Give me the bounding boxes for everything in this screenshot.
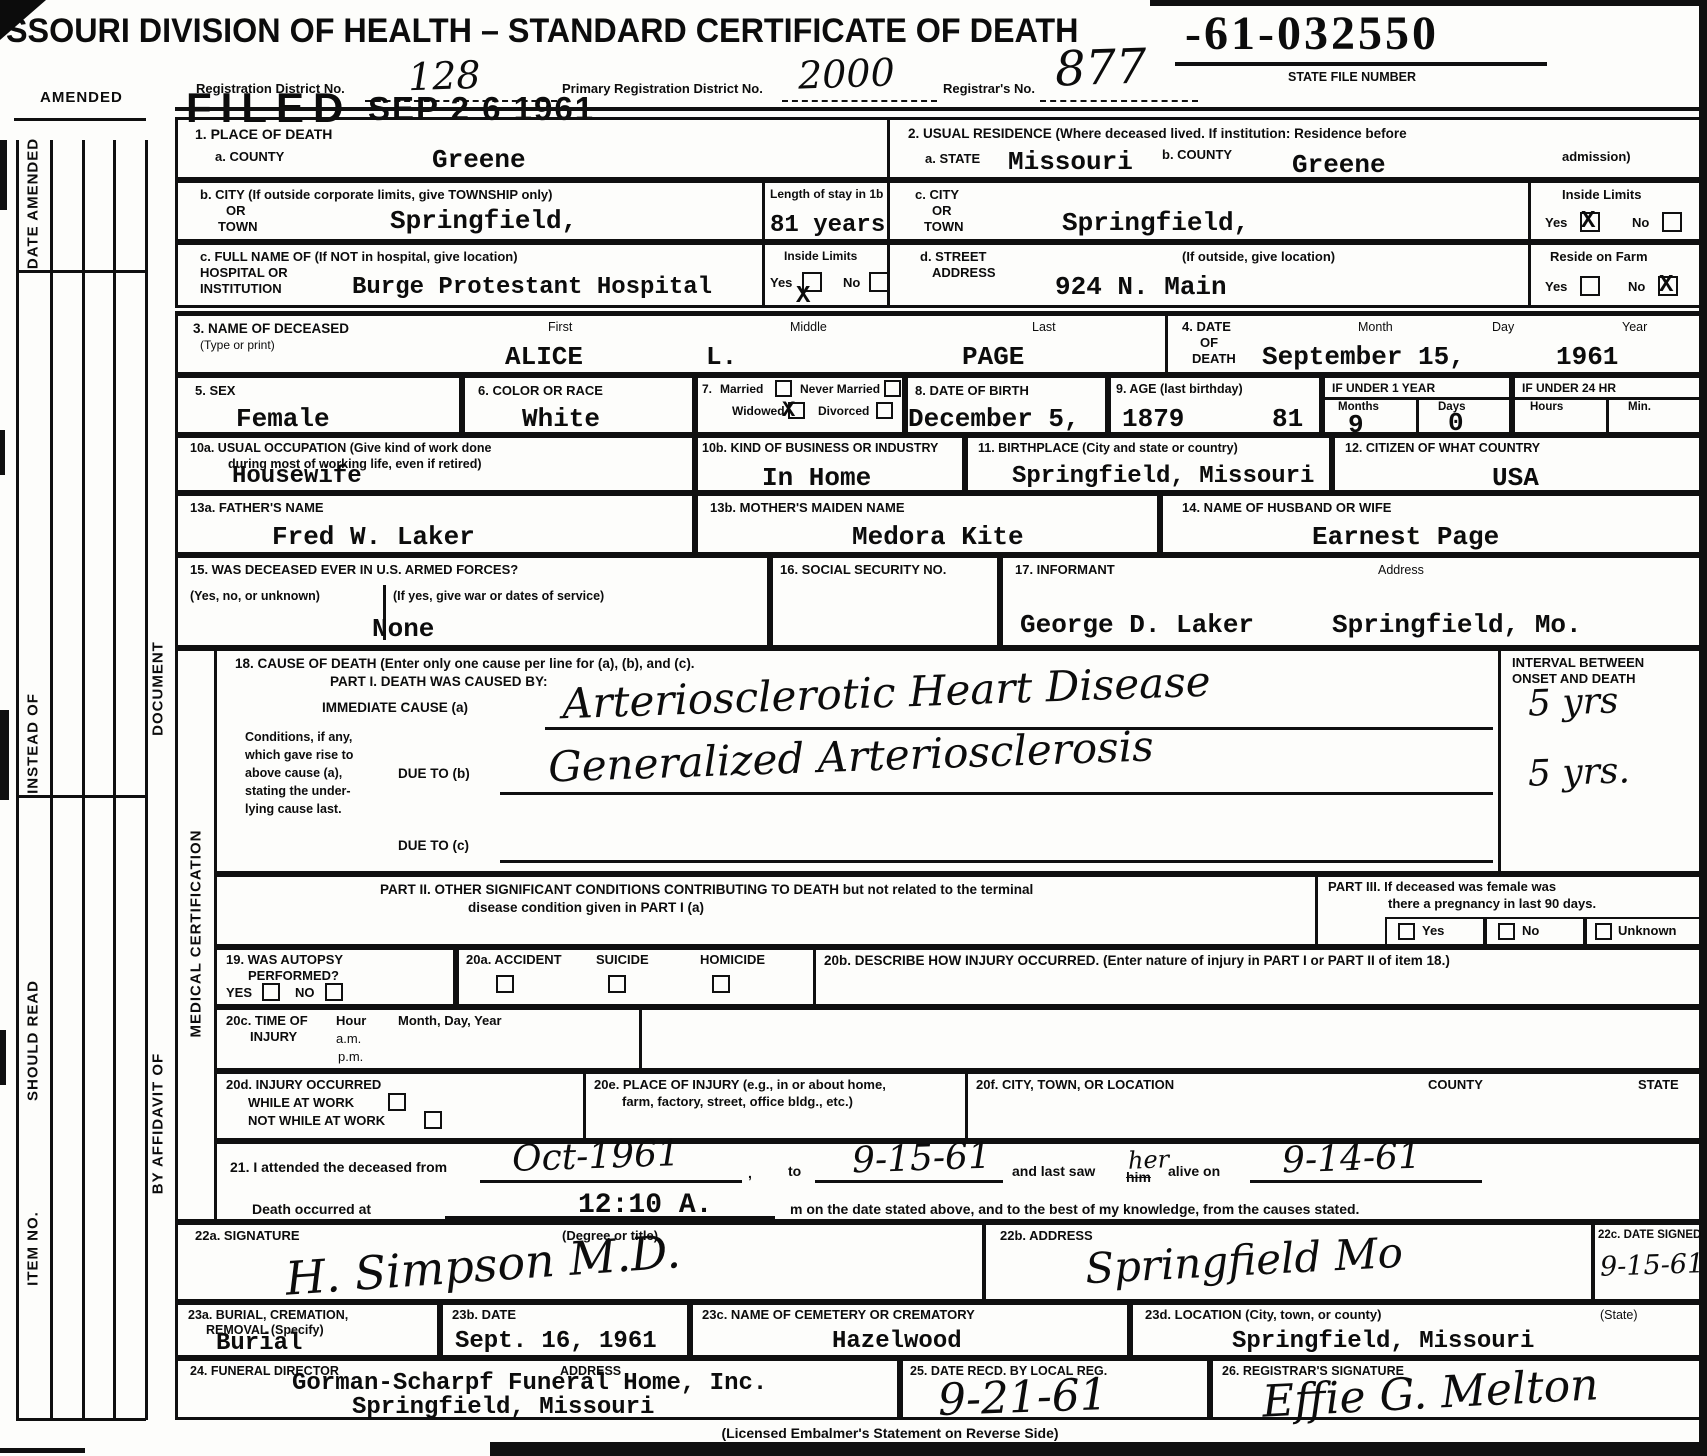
- scan-smudge: [0, 140, 7, 210]
- amended-label: AMENDED: [40, 90, 123, 107]
- residence-county-value: Greene: [1292, 150, 1386, 180]
- while-at-work-label: WHILE AT WORK: [248, 1096, 354, 1111]
- farm-yes-checkbox: [1580, 276, 1600, 296]
- rule: [145, 140, 148, 1420]
- scan-smudge: [0, 430, 5, 475]
- attended-comma: ,: [748, 1166, 752, 1182]
- marital-never-label: Never Married: [800, 383, 880, 396]
- rule: [1416, 397, 1419, 435]
- page-title: SSOURI DIVISION OF HEALTH – STANDARD CER…: [6, 12, 1079, 51]
- sidebar-date-amended-label: DATE AMENDED: [25, 104, 42, 304]
- attended-from-value: Oct-1961: [511, 1133, 680, 1180]
- attended-to-label: to: [788, 1164, 801, 1180]
- attended-to-value: 9-15-61: [851, 1136, 991, 1182]
- homicide-checkbox: [712, 975, 730, 993]
- registrar-no-label: Registrar's No.: [943, 82, 1035, 97]
- injury-pm-label: p.m.: [338, 1050, 363, 1065]
- autopsy-yes-label: YES: [226, 986, 252, 1001]
- usual-residence-title: 2. USUAL RESIDENCE (Where deceased lived…: [908, 126, 1407, 141]
- attended-mid: and last saw: [1012, 1164, 1095, 1180]
- father-value: Fred W. Laker: [272, 522, 475, 552]
- residence-or-label: OR: [932, 204, 952, 219]
- occupation-value: Housewife: [232, 463, 362, 490]
- cemetery-label: 23c. NAME OF CEMETERY OR CREMATORY: [702, 1308, 975, 1323]
- pregnancy-yes-label: Yes: [1422, 924, 1444, 939]
- inside-no-label: No: [843, 276, 860, 291]
- signature-address-label: 22b. ADDRESS: [1000, 1229, 1093, 1244]
- street-note: (If outside, give location): [1182, 250, 1335, 265]
- injury-loc-label: 20f. CITY, TOWN, OR LOCATION: [976, 1078, 1174, 1093]
- date-signed-label: 22c. DATE SIGNED: [1598, 1229, 1701, 1242]
- part3-line2: there a pregnancy in last 90 days.: [1388, 897, 1596, 912]
- due-to-b-label: DUE TO (b): [398, 766, 470, 781]
- rule: [445, 1216, 775, 1219]
- industry-value: In Home: [762, 463, 871, 493]
- pregnancy-yes-checkbox: [1398, 923, 1415, 940]
- under-24-hr-label: IF UNDER 24 HR: [1522, 382, 1616, 395]
- state-file-number: -61-032550: [1185, 6, 1439, 61]
- injury-time-blank-cell: [639, 1007, 1702, 1071]
- birthplace-value: Springfield, Missouri: [1012, 463, 1314, 490]
- widowed-mark: X: [782, 398, 795, 423]
- residence-state-label: a. STATE: [925, 152, 980, 167]
- rule: [1250, 1180, 1482, 1183]
- suicide-label: SUICIDE: [596, 953, 649, 968]
- stay-label: Length of stay in 1b: [770, 188, 883, 201]
- marital-married-label: Married: [720, 383, 763, 396]
- birth-year-value: 1879: [1122, 404, 1184, 434]
- farm-yes-label: Yes: [1545, 280, 1567, 295]
- scan-smudge: [0, 1448, 85, 1453]
- hospital-value: Burge Protestant Hospital: [352, 274, 712, 301]
- rule: [16, 140, 19, 1420]
- injury-hour-label: Hour: [336, 1014, 366, 1029]
- spouse-label: 14. NAME OF HUSBAND OR WIFE: [1182, 501, 1391, 516]
- burial-date-value: Sept. 16, 1961: [455, 1328, 657, 1355]
- attended-pre: 21. I attended the deceased from: [230, 1160, 447, 1176]
- marital-divorced-label: Divorced: [818, 405, 869, 418]
- conditions-note3: above cause (a),: [245, 766, 342, 780]
- informant-name-value: George D. Laker: [1020, 610, 1254, 640]
- attended-last-value: 9-14-61: [1281, 1136, 1421, 1182]
- sidebar-by-affidavit-label: BY AFFIDAVIT OF: [150, 1024, 167, 1224]
- middle-label: Middle: [790, 320, 827, 334]
- city-label: b. CITY (If outside corporate limits, gi…: [200, 188, 553, 203]
- spouse-value: Earnest Page: [1312, 522, 1499, 552]
- cause-title: 18. CAUSE OF DEATH (Enter only one cause…: [235, 656, 695, 671]
- interval-divider: [1498, 648, 1501, 874]
- residence-state-value: Missouri: [1008, 147, 1133, 177]
- burial-loc-label: 23d. LOCATION (City, town, or county): [1145, 1308, 1381, 1323]
- sidebar-should-read-label: SHOULD READ: [25, 941, 42, 1141]
- not-while-at-work-checkbox: [424, 1111, 442, 1129]
- interval-a-value: 5 yrs: [1527, 680, 1619, 724]
- first-label: First: [548, 320, 572, 334]
- autopsy-no-label: NO: [295, 986, 315, 1001]
- pregnancy-no-label: No: [1522, 924, 1539, 939]
- residence-inside-limits-label: Inside Limits: [1562, 188, 1641, 203]
- farm-no-mark: X: [1659, 272, 1673, 299]
- conditions-note2: which gave rise to: [245, 748, 353, 762]
- injury-am-label: a.m.: [336, 1032, 361, 1047]
- cause-b-line: [500, 792, 1493, 795]
- month-label: Month: [1358, 320, 1393, 334]
- days-value: 0: [1448, 408, 1464, 438]
- sidebar-instead-of-label: INSTEAD OF: [25, 644, 42, 844]
- hospital-label3: INSTITUTION: [200, 282, 282, 297]
- accident-label: 20a. ACCIDENT: [466, 953, 562, 968]
- immediate-cause-label: IMMEDIATE CAUSE (a): [322, 700, 468, 715]
- date-of-death-l1: 4. DATE: [1182, 320, 1231, 335]
- autopsy-label1: 19. WAS AUTOPSY: [226, 953, 343, 968]
- armed-forces-note2: (If yes, give war or dates of service): [393, 589, 604, 603]
- sidebar-document-label: DOCUMENT: [150, 589, 167, 789]
- rule: [50, 140, 53, 1420]
- cause-part1-label: PART I. DEATH WAS CAUSED BY:: [330, 674, 548, 689]
- hospital-label2: HOSPITAL OR: [200, 266, 288, 281]
- residence-inside-yes-mark: X: [1581, 208, 1595, 235]
- death-occurred-tail: m on the date stated above, and to the b…: [790, 1202, 1359, 1218]
- burial-loc-value: Springfield, Missouri: [1232, 1328, 1534, 1355]
- death-occurred-label: Death occurred at: [252, 1202, 371, 1218]
- first-name-value: ALICE: [505, 342, 583, 372]
- dashed-line: [1040, 100, 1198, 102]
- min-label: Min.: [1628, 401, 1651, 414]
- while-at-work-checkbox: [388, 1093, 406, 1111]
- funeral-line2: Springfield, Missouri: [352, 1394, 654, 1421]
- inside-yes-mark: X: [796, 283, 810, 310]
- part2-line1: PART II. OTHER SIGNIFICANT CONDITIONS CO…: [380, 882, 1033, 897]
- accident-checkbox: [496, 975, 514, 993]
- hours-label: Hours: [1530, 401, 1563, 414]
- date-of-death-value: September 15,: [1262, 342, 1465, 372]
- county-label: a. COUNTY: [215, 150, 284, 165]
- inside-yes-label: Yes: [770, 276, 792, 291]
- armed-forces-note1: (Yes, no, or unknown): [190, 589, 320, 603]
- age-label: 9. AGE (last birthday): [1116, 382, 1243, 396]
- county-value: Greene: [432, 145, 526, 175]
- burial-date-label: 23b. DATE: [452, 1308, 516, 1323]
- death-certificate-scan: SSOURI DIVISION OF HEALTH – STANDARD CER…: [0, 0, 1707, 1456]
- occupation-label1: 10a. USUAL OCCUPATION (Give kind of work…: [190, 441, 491, 455]
- residence-town-label: TOWN: [924, 220, 963, 235]
- inside-no-checkbox: [869, 272, 889, 292]
- place-of-death-title: 1. PLACE OF DEATH: [195, 127, 332, 143]
- industry-label: 10b. KIND OF BUSINESS OR INDUSTRY: [702, 441, 938, 455]
- form-top-rule: [175, 107, 1702, 111]
- informant-label: 17. INFORMANT: [1015, 563, 1115, 578]
- conditions-note1: Conditions, if any,: [245, 730, 352, 744]
- sex-value: Female: [236, 404, 330, 434]
- sidebar-item-no-label: ITEM NO.: [25, 1149, 42, 1349]
- last-name-value: PAGE: [962, 342, 1024, 372]
- informant-address-label: Address: [1378, 563, 1424, 577]
- date-signed-value: 9-15-61: [1599, 1248, 1704, 1283]
- date-recd-value: 9-21-61: [937, 1369, 1108, 1426]
- name-subtitle: (Type or print): [200, 339, 275, 352]
- rule: [480, 1180, 742, 1183]
- year-label: Year: [1622, 320, 1647, 334]
- city-value: Springfield,: [390, 206, 577, 236]
- medical-certification-label: MEDICAL CERTIFICATION: [188, 784, 205, 1084]
- cause-c-line: [500, 860, 1493, 863]
- pregnancy-no-checkbox: [1498, 923, 1515, 940]
- autopsy-no-checkbox: [325, 983, 343, 1001]
- day-label: Day: [1492, 320, 1514, 334]
- pregnancy-unknown-label: Unknown: [1618, 924, 1677, 939]
- burial-value: Burial: [216, 1330, 302, 1357]
- file-number-underline: [1175, 62, 1547, 66]
- hospital-label1: c. FULL NAME OF (If NOT in hospital, giv…: [200, 250, 518, 265]
- last-label: Last: [1032, 320, 1056, 334]
- scan-edge-bottom: [490, 1442, 1707, 1456]
- stay-value: 81 years: [770, 212, 885, 239]
- marital-n: 7.: [702, 383, 712, 396]
- race-label: 6. COLOR OR RACE: [478, 384, 603, 399]
- injury-time-label1: 20c. TIME OF: [226, 1014, 308, 1029]
- cemetery-value: Hazelwood: [832, 1328, 962, 1355]
- conditions-note4: stating the under-: [245, 784, 351, 798]
- street-label1: d. STREET: [920, 250, 986, 265]
- father-label: 13a. FATHER'S NAME: [190, 501, 324, 516]
- date-of-death-l2: OF: [1200, 336, 1218, 351]
- rule: [82, 140, 85, 1420]
- mother-value: Medora Kite: [852, 522, 1024, 552]
- residence-inside-yes-label: Yes: [1545, 216, 1567, 231]
- birthplace-label: 11. BIRTHPLACE (City and state or countr…: [978, 441, 1238, 455]
- farm-no-label: No: [1628, 280, 1645, 295]
- street-value: 924 N. Main: [1055, 272, 1227, 302]
- rule: [815, 1180, 1003, 1183]
- farm-label: Reside on Farm: [1550, 250, 1648, 265]
- injury-work-label: 20d. INJURY OCCURRED: [226, 1078, 381, 1093]
- citizen-label: 12. CITIZEN OF WHAT COUNTRY: [1345, 441, 1540, 455]
- rule: [113, 140, 116, 1420]
- attended-post: alive on: [1168, 1164, 1220, 1180]
- signature-label: 22a. SIGNATURE: [195, 1229, 300, 1244]
- homicide-label: HOMICIDE: [700, 953, 765, 968]
- suicide-checkbox: [608, 975, 626, 993]
- informant-address-value: Springfield, Mo.: [1332, 610, 1582, 640]
- funeral-line1: Gorman-Scharpf Funeral Home, Inc.: [292, 1370, 767, 1397]
- embalmer-note: (Licensed Embalmer's Statement on Revers…: [600, 1426, 1180, 1442]
- injury-time-label2: INJURY: [250, 1030, 297, 1045]
- interval-label1: INTERVAL BETWEEN: [1512, 656, 1644, 671]
- autopsy-label2: PERFORMED?: [248, 969, 339, 984]
- residence-city-label: c. CITY: [915, 188, 959, 203]
- injury-place-label1: 20e. PLACE OF INJURY (e.g., in or about …: [594, 1078, 886, 1093]
- residence-city-value: Springfield,: [1062, 208, 1249, 238]
- inside-limits-label: Inside Limits: [784, 250, 857, 263]
- middle-name-value: L.: [706, 342, 737, 372]
- armed-forces-label: 15. WAS DECEASED EVER IN U.S. ARMED FORC…: [190, 563, 518, 578]
- injury-mdy-label: Month, Day, Year: [398, 1014, 502, 1029]
- burial-label1: 23a. BURIAL, CREMATION,: [188, 1308, 348, 1322]
- part3-line1: PART III. If deceased was female was: [1328, 880, 1556, 895]
- part2-line2: disease condition given in PART I (a): [468, 900, 704, 915]
- burial-loc-state-label: (State): [1600, 1308, 1638, 1322]
- primary-district-value: 2000: [797, 50, 895, 97]
- injury-desc-label: 20b. DESCRIBE HOW INJURY OCCURRED. (Ente…: [824, 953, 1450, 968]
- sex-label: 5. SEX: [195, 384, 235, 399]
- race-value: White: [522, 404, 600, 434]
- under-1-year-label: IF UNDER 1 YEAR: [1332, 382, 1435, 395]
- injury-state-label: STATE: [1638, 1078, 1679, 1093]
- date-of-death-year: 1961: [1556, 342, 1618, 372]
- name-title: 3. NAME OF DECEASED: [193, 321, 349, 336]
- ssn-label: 16. SOCIAL SECURITY NO.: [780, 563, 946, 578]
- mother-label: 13b. MOTHER'S MAIDEN NAME: [710, 501, 905, 516]
- residence-county-label: b. COUNTY: [1162, 148, 1232, 163]
- citizen-value: USA: [1492, 463, 1539, 493]
- state-file-number-label: STATE FILE NUMBER: [1288, 70, 1416, 84]
- injury-county-label: COUNTY: [1428, 1078, 1483, 1093]
- pregnancy-unknown-checkbox: [1595, 923, 1612, 940]
- age-value: 81: [1272, 404, 1303, 434]
- birth-date-value: December 5,: [908, 404, 1080, 434]
- city-or-label: OR: [226, 204, 246, 219]
- interval-b-value: 5 yrs.: [1527, 750, 1630, 795]
- dashed-line: [782, 100, 937, 102]
- birth-date-label: 8. DATE OF BIRTH: [915, 384, 1029, 399]
- city-town-label: TOWN: [218, 220, 257, 235]
- not-while-at-work-label: NOT WHILE AT WORK: [248, 1114, 385, 1129]
- date-of-death-l3: DEATH: [1192, 352, 1236, 367]
- injury-place-label2: farm, factory, street, office bldg., etc…: [622, 1095, 853, 1110]
- due-to-c-label: DUE TO (c): [398, 838, 469, 853]
- registrar-no-value: 877: [1054, 38, 1148, 97]
- marital-widowed-label: Widowed: [732, 405, 785, 418]
- rule: [16, 1418, 146, 1421]
- scan-smudge: [0, 710, 9, 800]
- married-checkbox: [775, 380, 792, 397]
- armed-forces-value: None: [372, 614, 434, 644]
- rule: [1606, 397, 1609, 435]
- never-married-checkbox: [884, 380, 901, 397]
- street-label2: ADDRESS: [932, 266, 996, 281]
- scan-smudge: [0, 1030, 6, 1085]
- usual-residence-title2: admission): [1562, 150, 1631, 165]
- residence-inside-no-label: No: [1632, 216, 1649, 231]
- autopsy-yes-checkbox: [262, 983, 280, 1001]
- residence-inside-no-checkbox: [1662, 212, 1682, 232]
- divorced-checkbox: [876, 402, 893, 419]
- attended-him: him: [1126, 1170, 1151, 1186]
- conditions-note5: lying cause last.: [245, 802, 342, 816]
